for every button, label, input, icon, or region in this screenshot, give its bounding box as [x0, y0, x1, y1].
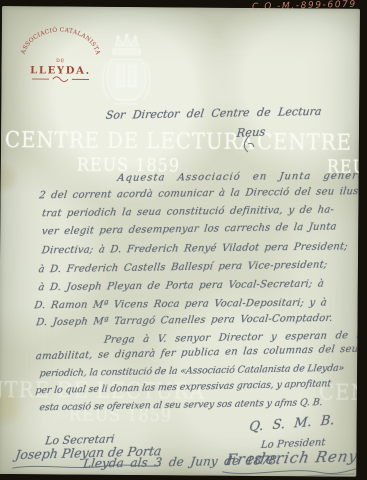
body-line: 2 del corrent acordà comunicar à la Dire… [38, 186, 360, 201]
letterhead-ornament-icon [32, 77, 89, 82]
body-line: Directiva; à D. Frederich Renyé Viladot … [41, 241, 348, 256]
body-line: à D. Joseph Pleyan de Porta pera Vocal-S… [38, 279, 325, 294]
body-line: ver elegit pera desempenyar los carrechs… [41, 221, 337, 237]
scan-background: { "archival_reference": "C.O.-M.-899-607… [0, 0, 367, 480]
body-line: Aquesta Associació en Junta general de [117, 170, 360, 184]
body-line: D. Ramon Mª Vicens Roca pera Vocal-Depos… [34, 297, 328, 311]
body-line: Prega à V. senyor Director y esperan de … [103, 329, 360, 345]
watermark-centre-text: CENTRE DE LECTURA [5, 128, 255, 155]
salutation-flourish-icon [239, 134, 255, 154]
svg-text:ASSOCIACIÓ CATALANISTA: ASSOCIACIÓ CATALANISTA [20, 25, 100, 56]
body-line: D. Joseph Mª Tarragó Canelles pera Vocal… [35, 313, 333, 328]
letterhead-city-text: LLEYDA. [30, 65, 91, 76]
letterhead-stamp: ASSOCIACIÓ CATALANISTA DE LLEYDA. [20, 25, 100, 84]
body-line: à D. Frederich Castells Ballespí pera Vi… [38, 259, 328, 275]
letterhead-arc-text: ASSOCIACIÓ CATALANISTA [20, 25, 100, 56]
salutation-recipient: Sor Director del Centre de Lectura [105, 105, 322, 122]
body-line: periodich, la constitució de la «Associa… [39, 363, 345, 380]
body-line: trat periodich la seua constitució defin… [41, 204, 334, 219]
body-line: amabilitat, se dignarà fer publica en la… [35, 344, 359, 363]
courtesy-formula: Q. S. M. B. [249, 413, 335, 435]
letterhead-de-text: DE [56, 58, 65, 64]
coat-of-arms-emboss-icon [97, 31, 156, 111]
watermark-centre-text: CENTRE DE LECTURA [257, 130, 360, 157]
letter-paper: CENTRE DE LECTURA REUS 1859 CENTRE DE LE… [0, 6, 360, 477]
